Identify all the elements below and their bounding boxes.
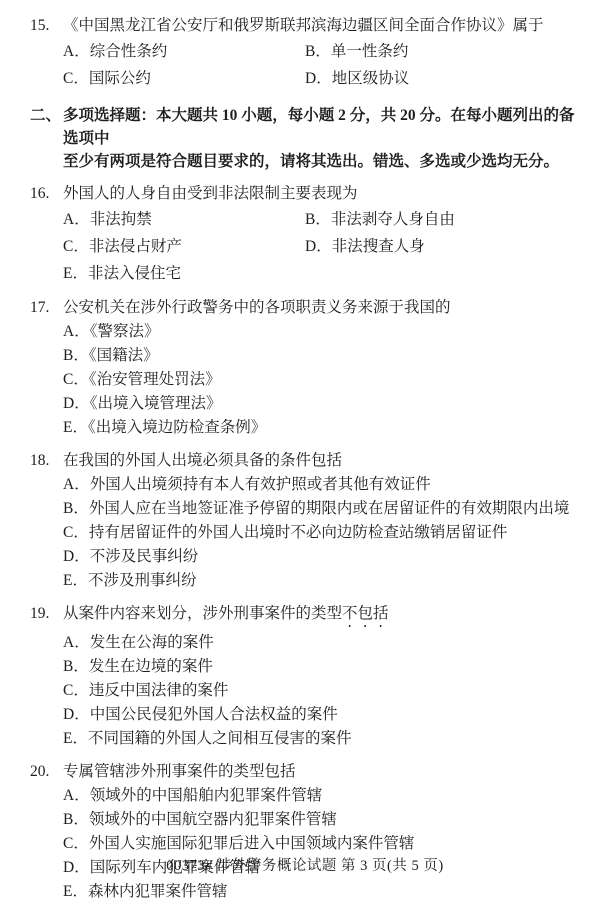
question-20-number: 20. (30, 760, 63, 784)
question-19-option-a: A．发生在公海的案件 (63, 631, 584, 655)
question-15-option-b: B．单一性条约 (305, 38, 584, 65)
question-17-stem-line: 17. 公安机关在涉外行政警务中的各项职责义务来源于我国的 (30, 296, 584, 320)
question-18: 18. 在我国的外国人出境必须具备的条件包括 A．外国人出境须持有本人有效护照或… (30, 449, 584, 593)
question-20-option-a: A．领域外的中国船舶内犯罪案件管辖 (63, 784, 584, 808)
question-16: 16. 外国人的人身自由受到非法限制主要表现为 A．非法拘禁 B．非法剥夺人身自… (30, 182, 584, 287)
question-18-option-b: B．外国人应在当地签证准予停留的期限内或在居留证件的有效期限内出境 (63, 497, 584, 521)
question-17-option-e: E．《出境入境边防检查条例》 (63, 416, 584, 440)
question-16-option-b: B．非法剥夺人身自由 (305, 206, 584, 233)
page-footer: 00373# 涉外警务概论试题 第 3 页(共 5 页) (0, 854, 610, 875)
question-18-option-c: C．持有居留证件的外国人出境时不必向边防检查站缴销居留证件 (63, 521, 584, 545)
question-16-option-d: D．非法搜查人身 (305, 233, 584, 260)
question-18-option-a: A．外国人出境须持有本人有效护照或者其他有效证件 (63, 473, 584, 497)
question-15-option-a: A．综合性条约 (63, 38, 305, 65)
question-17-option-a: A．《警察法》 (63, 320, 584, 344)
exam-page: 15. 《中国黑龙江省公安厅和俄罗斯联邦滨海边疆区间全面合作协议》属于 A．综合… (0, 0, 610, 904)
section-2-marker: 二、 (30, 104, 63, 150)
question-19-options: A．发生在公海的案件 B．发生在边境的案件 C．违反中国法律的案件 D．中国公民… (63, 631, 584, 751)
question-15-options: A．综合性条约 B．单一性条约 C．国际公约 D．地区级协议 (63, 38, 584, 92)
question-20-stem-line: 20. 专属管辖涉外刑事案件的类型包括 (30, 760, 584, 784)
question-19-option-c: C．违反中国法律的案件 (63, 679, 584, 703)
section-2-text-2: 至少有两项是符合题目要求的，请将其选出。错选、多选或少选均无分。 (63, 150, 584, 173)
question-19-stem: 从案件内容来划分，涉外刑事案件的类型不包括 (63, 602, 584, 631)
question-16-option-c: C．非法侵占财产 (63, 233, 305, 260)
question-16-options: A．非法拘禁 B．非法剥夺人身自由 C．非法侵占财产 D．非法搜查人身 E．非法… (63, 206, 584, 287)
question-15-number: 15. (30, 14, 63, 38)
question-15: 15. 《中国黑龙江省公安厅和俄罗斯联邦滨海边疆区间全面合作协议》属于 A．综合… (30, 14, 584, 92)
question-20-options: A．领域外的中国船舶内犯罪案件管辖 B．领域外的中国航空器内犯罪案件管辖 C．外… (63, 784, 584, 904)
question-19-stem-text: 从案件内容来划分，涉外刑事案件的类型 (63, 605, 342, 622)
question-17-option-c: C．《治安管理处罚法》 (63, 368, 584, 392)
question-15-stem-line: 15. 《中国黑龙江省公安厅和俄罗斯联邦滨海边疆区间全面合作协议》属于 (30, 14, 584, 38)
question-20-stem: 专属管辖涉外刑事案件的类型包括 (63, 760, 584, 784)
question-17: 17. 公安机关在涉外行政警务中的各项职责义务来源于我国的 A．《警察法》 B．… (30, 296, 584, 440)
question-20-option-b: B．领域外的中国航空器内犯罪案件管辖 (63, 808, 584, 832)
question-18-option-d: D．不涉及民事纠纷 (63, 545, 584, 569)
question-19: 19. 从案件内容来划分，涉外刑事案件的类型不包括 A．发生在公海的案件 B．发… (30, 602, 584, 751)
question-17-number: 17. (30, 296, 63, 320)
question-16-option-a: A．非法拘禁 (63, 206, 305, 233)
section-2-text-1: 多项选择题：本大题共 10 小题，每小题 2 分，共 20 分。在每小题列出的备… (63, 104, 584, 150)
question-18-number: 18. (30, 449, 63, 473)
question-18-option-e: E．不涉及刑事纠纷 (63, 569, 584, 593)
question-15-option-d: D．地区级协议 (305, 65, 584, 92)
question-17-option-b: B．《国籍法》 (63, 344, 584, 368)
question-17-option-d: D．《出境入境管理法》 (63, 392, 584, 416)
question-18-stem-line: 18. 在我国的外国人出境必须具备的条件包括 (30, 449, 584, 473)
question-19-option-d: D．中国公民侵犯外国人合法权益的案件 (63, 703, 584, 727)
section-2-instructions: 二、 多项选择题：本大题共 10 小题，每小题 2 分，共 20 分。在每小题列… (30, 104, 584, 173)
question-20: 20. 专属管辖涉外刑事案件的类型包括 A．领域外的中国船舶内犯罪案件管辖 B．… (30, 760, 584, 904)
question-19-stem-line: 19. 从案件内容来划分，涉外刑事案件的类型不包括 (30, 602, 584, 631)
question-20-option-e: E．森林内犯罪案件管辖 (63, 880, 584, 904)
question-18-stem: 在我国的外国人出境必须具备的条件包括 (63, 449, 584, 473)
question-15-option-c: C．国际公约 (63, 65, 305, 92)
question-16-stem: 外国人的人身自由受到非法限制主要表现为 (63, 182, 584, 206)
question-16-number: 16. (30, 182, 63, 206)
question-18-options: A．外国人出境须持有本人有效护照或者其他有效证件 B．外国人应在当地签证准予停留… (63, 473, 584, 593)
question-17-options: A．《警察法》 B．《国籍法》 C．《治安管理处罚法》 D．《出境入境管理法》 … (63, 320, 584, 440)
question-19-stem-emphasis: 不包括 (342, 605, 389, 622)
question-15-stem: 《中国黑龙江省公安厅和俄罗斯联邦滨海边疆区间全面合作协议》属于 (63, 14, 584, 38)
question-19-number: 19. (30, 602, 63, 631)
section-2-line-1: 二、 多项选择题：本大题共 10 小题，每小题 2 分，共 20 分。在每小题列… (30, 104, 584, 150)
question-16-option-e: E．非法入侵住宅 (63, 260, 305, 287)
question-19-option-e: E．不同国籍的外国人之间相互侵害的案件 (63, 727, 584, 751)
question-16-stem-line: 16. 外国人的人身自由受到非法限制主要表现为 (30, 182, 584, 206)
question-19-option-b: B．发生在边境的案件 (63, 655, 584, 679)
question-17-stem: 公安机关在涉外行政警务中的各项职责义务来源于我国的 (63, 296, 584, 320)
question-20-option-c: C．外国人实施国际犯罪后进入中国领域内案件管辖 (63, 832, 584, 856)
